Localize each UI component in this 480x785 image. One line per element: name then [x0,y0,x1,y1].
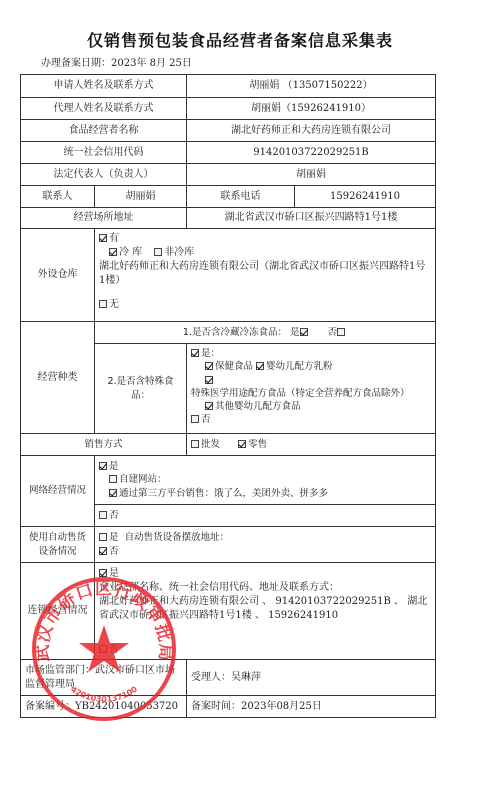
online-no-label: 否 [109,510,119,521]
filing-date-line: 办理备案日期：2023年 8月 25日 [41,54,192,69]
online-yes-options: 是 自建网站： 通过第三方平台销售：饿了么，美团外卖、拼多多 [95,456,436,505]
cold-food-question-text: 1.是否含冷藏冷冻食品： [183,327,287,338]
warehouse-yes-label: 有 [109,233,119,244]
warehouse-detail: 湖北好药师正和大药房连锁有限公司（湖北省武汉市硚口区振兴四路特1号1楼） [99,260,431,288]
infant-formula-milk-checkbox[interactable] [256,362,264,370]
other-infant-formula-checkbox[interactable] [205,402,213,410]
warehouse-label: 外设仓库 [21,229,95,322]
health-food-label: 保健食品 [215,361,253,372]
row-sales-mode: 销售方式 批发 零售 [21,434,436,456]
row-address: 经营场所地址 湖北省武汉市硚口区振兴四路特1号1楼 [21,208,436,229]
third-party-label: 通过第三方平台销售：饿了么，美团外卖、拼多多 [119,488,328,499]
warehouse-no-label: 无 [109,299,119,310]
legal-rep-value: 胡丽娟 [187,164,436,186]
vending-options: 是 自动售货设备摆放地址： 否 [95,527,436,563]
cold-storage-label: 冷 库 [119,247,142,258]
wholesale-checkbox[interactable] [191,440,199,448]
vending-no-label: 否 [109,546,119,557]
other-infant-formula-label: 其他婴幼儿配方食品 [215,401,301,412]
cold-food-no-checkbox[interactable] [337,328,345,336]
chain-no-label: 否 [109,644,119,655]
non-cold-storage-label: 非冷库 [164,247,194,258]
chain-label: 连锁经营情况 [21,563,95,660]
row-legal-rep: 法定代表人（负责人） 胡丽娟 [21,164,436,186]
row-operator-name: 食品经营者名称 湖北好药师正和大药房连锁有限公司 [21,120,436,142]
retail-checkbox[interactable] [238,440,246,448]
row-contact: 联系人 胡丽娟 联系电话 15926241910 [21,186,436,208]
row-authority: 市场监管部门：武汉市硚口区市场监督管理局 受理人：吴琳萍 [21,660,436,696]
filing-form-table: 申请人姓名及联系方式 胡丽娟 （13507150222） 代理人姓名及联系方式 … [20,74,436,718]
filing-number: 备案编号：YB24201040053720 [21,696,187,718]
credit-code-value: 91420103722029251B [187,142,436,164]
chain-hq-label: 企业总部名称、统一社会信用代码、地址及联系方式： [99,581,431,595]
agent-value: 胡丽娟（15926241910） [187,98,436,120]
vending-yes-label: 是 [109,532,119,543]
special-food-question: 2.是否含特殊食品： [95,344,187,434]
business-type-label: 经营种类 [21,322,95,434]
row-chain: 连锁经营情况 是 企业总部名称、统一社会信用代码、地址及联系方式： 湖北好药师正… [21,563,436,660]
health-food-checkbox[interactable] [205,362,213,370]
special-food-no-checkbox[interactable] [191,415,199,423]
online-yes-label: 是 [109,461,119,472]
special-food-no-label: 否 [201,414,211,425]
vending-yes-checkbox[interactable] [99,533,107,541]
vending-address-label: 自动售货设备摆放地址： [125,532,230,543]
online-yes-checkbox[interactable] [99,462,107,470]
warehouse-yes-checkbox[interactable] [99,234,107,242]
credit-code-label: 统一社会信用代码 [21,142,187,164]
chain-no-checkbox[interactable] [99,645,107,653]
filing-date-label: 办理备案日期： [41,58,111,69]
warehouse-no-checkbox[interactable] [99,300,107,308]
operator-name-value: 湖北好药师正和大药房连锁有限公司 [187,120,436,142]
retail-label: 零售 [248,439,267,450]
sales-mode-label: 销售方式 [21,434,187,456]
document-title: 仅销售预包装食品经营者备案信息采集表 [0,28,480,51]
cold-food-yes-label: 是 [290,327,300,338]
row-filing: 备案编号：YB24201040053720 备案时间：2023年08月25日 [21,696,436,718]
own-website-checkbox[interactable] [109,475,117,483]
row-credit-code: 统一社会信用代码 91420103722029251B [21,142,436,164]
contact-phone-value: 15926241910 [295,186,436,208]
row-agent: 代理人姓名及联系方式 胡丽娟（15926241910） [21,98,436,120]
vending-label: 使用自动售货设备情况 [21,527,95,563]
applicant-label: 申请人姓名及联系方式 [21,75,187,98]
chain-yes-label: 是 [109,568,119,579]
row-business-type-q1: 经营种类 1.是否含冷藏冷冻食品： 是 否 [21,322,436,344]
chain-yes-checkbox[interactable] [99,569,107,577]
agent-label: 代理人姓名及联系方式 [21,98,187,120]
filing-time: 备案时间：2023年08月25日 [187,696,436,718]
special-food-options: 是： 保健食品 婴幼儿配方乳粉 特殊医学用途配方食品（特定全营养配方食品除外） … [187,344,436,434]
contact-label: 联系人 [21,186,95,208]
cold-food-no-label: 否 [328,327,338,338]
row-warehouse: 外设仓库 有 冷 库非冷库 湖北好药师正和大药房连锁有限公司（湖北省武汉市硚口区… [21,229,436,322]
special-food-yes-checkbox[interactable] [191,349,199,357]
cold-food-yes-checkbox[interactable] [300,328,308,336]
vending-no-checkbox[interactable] [99,547,107,555]
online-label: 网络经营情况 [21,456,95,527]
own-website-label: 自建网站： [119,474,167,485]
warehouse-content: 有 冷 库非冷库 湖北好药师正和大药房连锁有限公司（湖北省武汉市硚口区振兴四路特… [95,229,436,322]
contact-phone-label: 联系电话 [187,186,295,208]
address-value: 湖北省武汉市硚口区振兴四路特1号1楼 [187,208,436,229]
filing-date-value: 2023年 8月 25日 [111,58,192,69]
row-online-yes: 网络经营情况 是 自建网站： 通过第三方平台销售：饿了么，美团外卖、拼多多 [21,456,436,505]
third-party-checkbox[interactable] [109,489,117,497]
operator-name-label: 食品经营者名称 [21,120,187,142]
authority-label: 市场监管部门：武汉市硚口区市场监督管理局 [21,660,187,696]
handler: 受理人：吴琳萍 [187,660,436,696]
cold-storage-checkbox[interactable] [109,248,117,256]
infant-formula-milk-label: 婴幼儿配方乳粉 [266,361,333,372]
chain-content: 是 企业总部名称、统一社会信用代码、地址及联系方式： 湖北好药师正和大药房连锁有… [95,563,436,660]
medical-formula-checkbox[interactable] [205,376,213,384]
non-cold-storage-checkbox[interactable] [154,248,162,256]
contact-value: 胡丽娟 [95,186,187,208]
online-no-option: 否 [95,505,436,527]
row-vending: 使用自动售货设备情况 是 自动售货设备摆放地址： 否 [21,527,436,563]
wholesale-label: 批发 [201,439,220,450]
sales-mode-options: 批发 零售 [187,434,436,456]
medical-formula-label: 特殊医学用途配方食品（特定全营养配方食品除外） [191,388,410,399]
row-applicant: 申请人姓名及联系方式 胡丽娟 （13507150222） [21,75,436,98]
legal-rep-label: 法定代表人（负责人） [21,164,187,186]
chain-hq-value: 湖北好药师正和大药房连锁有限公司 、 91420103722029251B 、 … [99,595,431,623]
online-no-checkbox[interactable] [99,511,107,519]
address-label: 经营场所地址 [21,208,187,229]
special-food-yes-label: 是： [201,348,220,359]
cold-food-question: 1.是否含冷藏冷冻食品： 是 否 [95,322,436,344]
applicant-value: 胡丽娟 （13507150222） [187,75,436,98]
